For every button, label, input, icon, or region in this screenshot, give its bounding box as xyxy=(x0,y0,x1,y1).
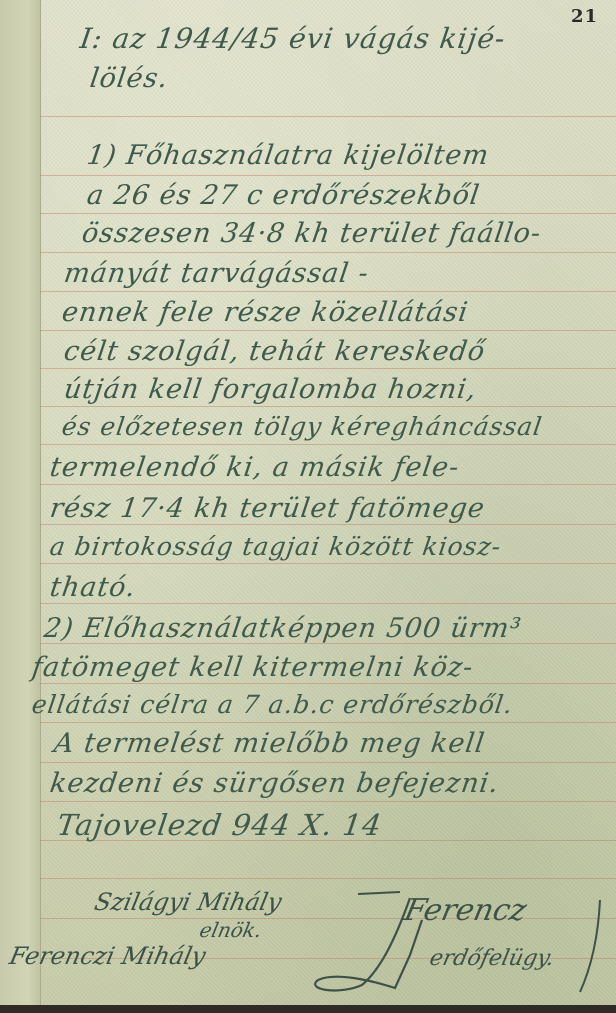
signature-left-bottom: Ferenczi Mihály xyxy=(7,942,208,970)
handwritten-line: összesen 34·8 kh terület faállo- xyxy=(80,218,543,249)
ruled-line xyxy=(40,175,616,176)
ruled-line xyxy=(40,603,616,604)
ruled-line xyxy=(40,683,616,684)
handwritten-line: ennek fele része közellátási xyxy=(60,297,470,328)
ruled-line xyxy=(40,116,616,117)
handwritten-line: A termelést mielőbb meg kell xyxy=(52,728,487,759)
ruled-line xyxy=(40,444,616,445)
signature-left-top: Szilágyi Mihály xyxy=(92,888,284,916)
handwritten-line: a birtokosság tagjai között kiosz- xyxy=(48,532,503,561)
ruled-line xyxy=(40,368,616,369)
ruled-line xyxy=(40,213,616,214)
page-binding-margin xyxy=(0,0,41,1005)
ruled-line xyxy=(40,406,616,407)
handwritten-line: és előzetesen tölgy kéregháncással xyxy=(60,412,544,441)
handwritten-line: útján kell forgalomba hozni, xyxy=(62,374,479,405)
signature-title-chairman: elnök. xyxy=(197,918,264,942)
ruled-line xyxy=(40,291,616,292)
handwritten-line: kezdeni és sürgősen befejezni. xyxy=(48,768,501,799)
handwritten-line: célt szolgál, tehát kereskedő xyxy=(62,336,487,367)
ruled-line xyxy=(40,524,616,525)
page-number: 21 xyxy=(571,6,598,27)
handwritten-line: I: az 1944/45 évi vágás kijé- xyxy=(78,22,508,55)
signature-title-forest-inspector: erdőfelügy. xyxy=(427,946,556,971)
handwritten-line: lölés. xyxy=(88,63,170,94)
handwritten-line: termelendő ki, a másik fele- xyxy=(48,452,461,483)
handwritten-line: rész 17·4 kh terület fatömege xyxy=(48,493,487,524)
scan-bottom-edge xyxy=(0,1005,616,1013)
handwritten-line: 1) Főhasználatra kijelöltem xyxy=(85,140,491,171)
ruled-line xyxy=(40,252,616,253)
handwritten-line: ellátási célra a 7 a.b.c erdőrészből. xyxy=(30,690,515,719)
document-page: 21 I: az 1944/45 évi vágás kijé- lölés. … xyxy=(0,0,616,1005)
ruled-line xyxy=(40,722,616,723)
handwritten-line: mányát tarvágással - xyxy=(62,258,371,289)
ruled-line xyxy=(40,563,616,564)
handwritten-line: fatömeget kell kitermelni köz- xyxy=(30,652,476,683)
handwritten-line: a 26 és 27 c erdőrészekből xyxy=(85,180,482,211)
ruled-line xyxy=(40,918,616,919)
handwritten-line: Tajovelezd 944 X. 14 xyxy=(55,808,384,842)
handwritten-line: 2) Előhasználatképpen 500 ürm³ xyxy=(42,613,524,644)
handwritten-line: tható. xyxy=(48,572,138,603)
ruled-line xyxy=(40,330,616,331)
ruled-line xyxy=(40,484,616,485)
ruled-line xyxy=(40,801,616,802)
ruled-line xyxy=(40,878,616,879)
signature-right-main: Ferencz xyxy=(401,893,529,928)
ruled-line xyxy=(40,762,616,763)
